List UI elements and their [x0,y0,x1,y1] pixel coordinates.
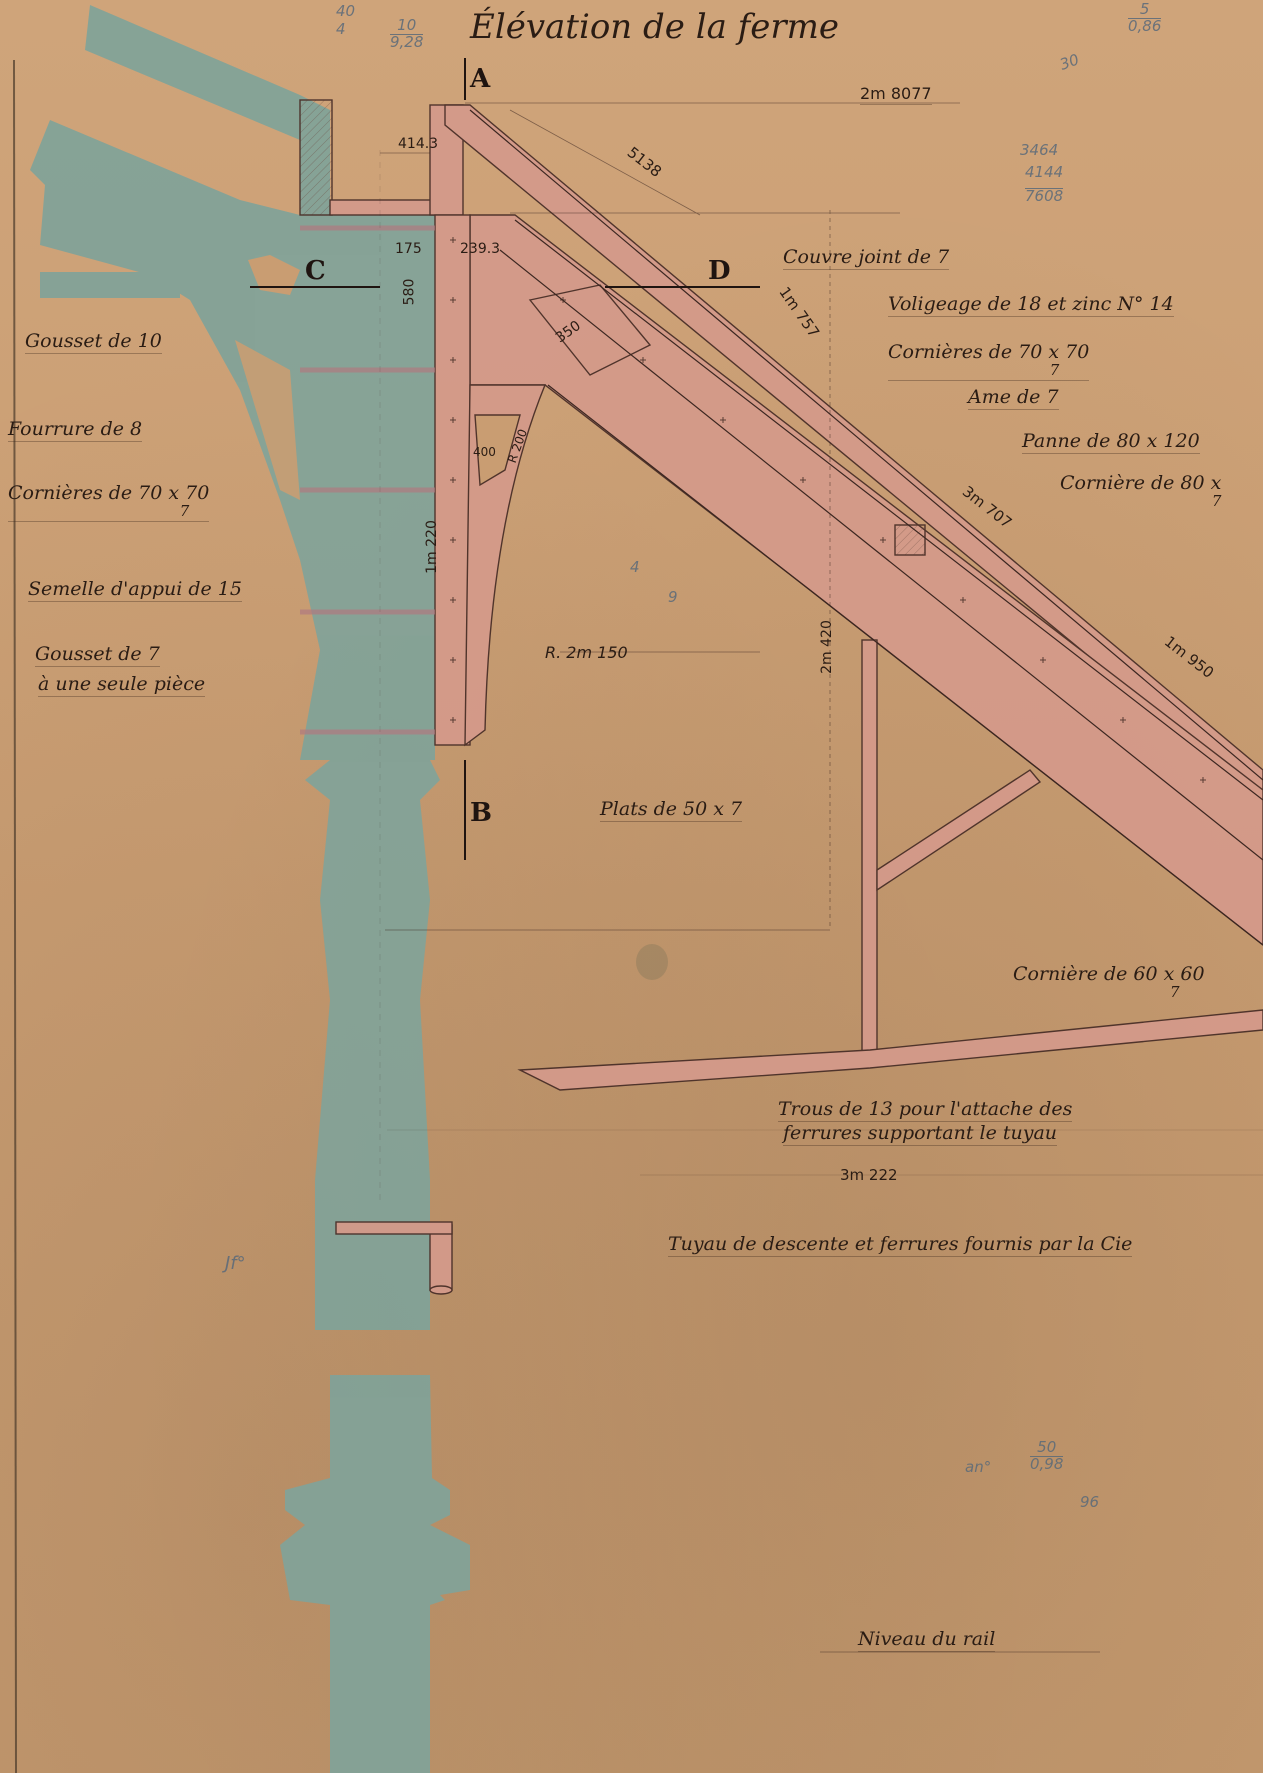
dim-3222: 3m 222 [840,1168,898,1183]
margin-line [14,60,16,1773]
label-plats: Plats de 50 x 7 [600,800,742,822]
pencil-fraction: 50,86 [1128,2,1161,34]
label-ame: Ame de 7 [968,388,1059,410]
label-gousset-7-line2: à une seule pièce [38,675,205,697]
drawing-title: Élévation de la ferme [470,10,839,44]
section-mark-d: D [708,258,731,284]
stain [636,944,668,980]
dim-2393: 239.3 [460,242,500,256]
dim-1220: 1m 220 [425,520,439,574]
label-voligeage: Voligeage de 18 et zinc N° 14 [888,295,1174,317]
dim-414: 414.3 [398,137,438,151]
label-couvre-joint: Couvre joint de 7 [783,248,949,270]
label-gousset-7: Gousset de 7 [35,645,160,667]
dim-175: 175 [395,242,422,256]
pencil-fraction: 500,98 [1030,1440,1063,1472]
dim-top-span: 2m 8077 [860,86,932,105]
label-gousset-10: Gousset de 10 [25,332,162,354]
truss-elevation-drawing [0,0,1263,1773]
label-tuyau: Tuyau de descente et ferrures fournis pa… [668,1235,1132,1257]
label-fourrure: Fourrure de 8 [8,420,142,442]
label-semelle: Semelle d'appui de 15 [28,580,242,602]
label-cornieres-70-left: Cornières de 70 x 707 [8,484,209,522]
section-mark-a: A [470,66,490,92]
label-niveau-rail: Niveau du rail [858,1630,995,1652]
label-trous-line2: ferrures supportant le tuyau [783,1124,1057,1146]
pencil-note: 96 [1080,1495,1099,1510]
label-corniere-80: Cornière de 80 x7 [1060,474,1221,509]
label-cornieres-70: Cornières de 70 x 707 [888,343,1089,381]
section-mark-b: B [470,800,492,826]
pencil-note: 4 [630,560,640,575]
pencil-note: Jf° [225,1255,246,1273]
label-corniere-60: Cornière de 60 x 607 [1013,965,1205,1000]
pencil-note: 4 [336,22,346,37]
pencil-fraction: 109,28 [390,18,423,50]
dim-2420: 2m 420 [820,620,834,674]
label-trous-line1: Trous de 13 pour l'attache des [778,1100,1072,1122]
pencil-note: 9 [668,590,678,605]
dim-580: 580 [402,279,416,306]
pencil-note: an° [965,1460,991,1475]
label-panne: Panne de 80 x 120 [1022,432,1200,454]
pencil-sum-3: 7608 [1025,188,1063,204]
section-mark-c: C [305,258,326,284]
pencil-note: 40 [336,4,355,19]
drawing-sheet: Élévation de la ferme A B C D Couvre joi… [0,0,1263,1773]
label-radius: R. 2m 150 [545,645,628,661]
pencil-sum-1: 3464 [1020,143,1058,158]
pencil-sum-2: 4144 [1025,165,1063,180]
masonry-wall [30,5,470,1773]
dim-400: 400 [473,446,496,458]
